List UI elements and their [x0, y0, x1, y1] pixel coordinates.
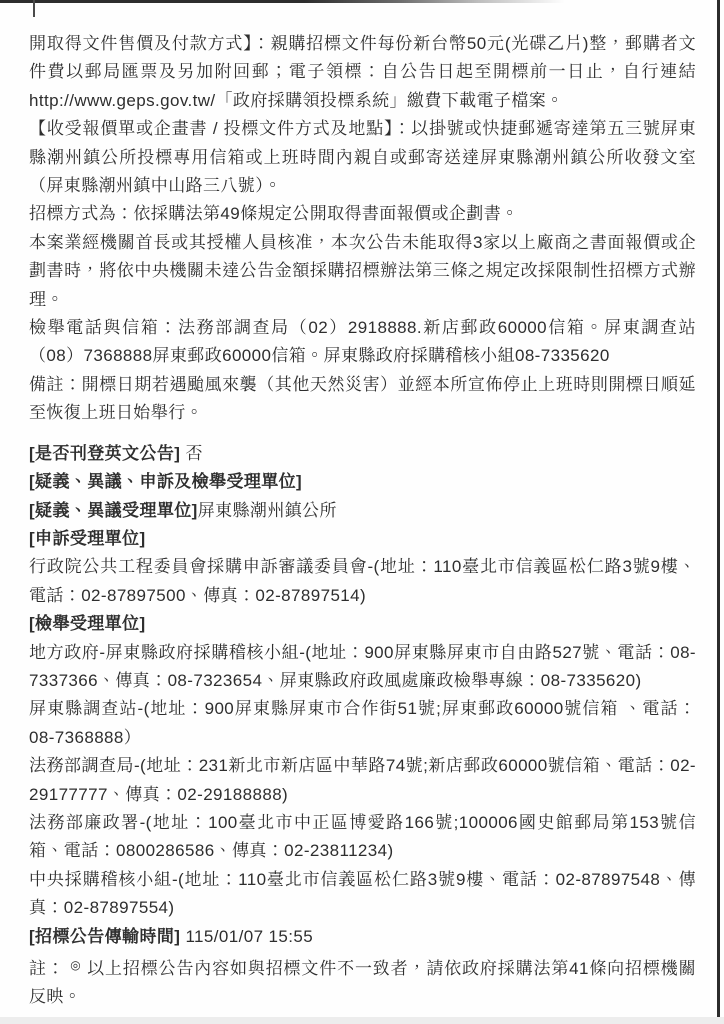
field-value: 否	[180, 444, 203, 463]
field-label: [申訴受理單位]	[29, 529, 146, 548]
paragraph: 【收受報價單或企畫書 / 投標文件方式及地點】：以掛號或快捷郵遞寄達第五三號屏東…	[29, 115, 696, 200]
field-label: [檢舉受理單位]	[29, 614, 146, 633]
labeled-line: [是否刊登英文公告] 否	[29, 440, 696, 468]
labeled-line: [疑義、異議、申訴及檢舉受理單位]	[29, 468, 696, 496]
labeled-line: [申訴受理單位]	[29, 525, 696, 553]
paragraph: 備註：開標日期若遇颱風來襲（其他天然災害）並經本所宣佈停止上班時則開標日順延至恢…	[29, 371, 696, 428]
paragraph: 招標方式為：依採購法第49條規定公開取得書面報價或企劃書。	[29, 200, 696, 228]
labeled-line: [招標公告傳輸時間] 115/01/07 15:55	[29, 923, 696, 951]
paragraph: 法務部廉政署-(地址：100臺北市中正區博愛路166號;100006國史館郵局第…	[29, 809, 696, 866]
footnote-text: 以上招標公告內容如與招標文件不一致者，請依政府採購法第41條向招標機關反映。	[29, 959, 696, 1006]
scanned-document-page: 開取得文件售價及付款方式】：親購招標文件每份新台幣50元(光碟乙片)整，郵購者文…	[0, 0, 724, 1024]
field-label: [疑義、異議受理單位]	[29, 501, 198, 520]
paragraph: 地方政府-屏東縣政府採購稽核小組-(地址：900屏東縣屏東市自由路527號、電話…	[29, 639, 696, 696]
document-text: 開取得文件售價及付款方式】：親購招標文件每份新台幣50元(光碟乙片)整，郵購者文…	[29, 30, 696, 1012]
field-value: 屏東縣潮州鎮公所	[198, 501, 337, 520]
paragraph: 中央採購稽核小組-(地址：110臺北市信義區松仁路3號9樓、電話：02-8789…	[29, 866, 696, 923]
reference-mark-icon: ◎	[70, 958, 81, 972]
paragraph: 屏東縣調查站-(地址：900屏東縣屏東市合作街51號;屏東郵政60000號信箱 …	[29, 695, 696, 752]
paragraph: 開取得文件售價及付款方式】：親購招標文件每份新台幣50元(光碟乙片)整，郵購者文…	[29, 30, 696, 115]
paragraph: 法務部調查局-(地址：231新北市新店區中華路74號;新店郵政60000號信箱、…	[29, 752, 696, 809]
paragraph: 本案業經機關首長或其授權人員核准，本次公告未能取得3家以上廠商之書面報價或企劃書…	[29, 229, 696, 314]
labeled-line: [檢舉受理單位]	[29, 610, 696, 638]
scan-artifact-bottom-strip	[0, 1017, 724, 1024]
scan-artifact-corner-tick	[33, 0, 35, 17]
field-label: [招標公告傳輸時間]	[29, 927, 180, 946]
procurement-announcement-body: 開取得文件售價及付款方式】：親購招標文件每份新台幣50元(光碟乙片)整，郵購者文…	[29, 30, 696, 428]
footnote: 註： ◎ 以上招標公告內容如與招標文件不一致者，請依政府採購法第41條向招標機關…	[29, 951, 696, 1012]
field-value: 115/01/07 15:55	[180, 927, 313, 946]
scan-artifact-right-edge	[717, 0, 720, 1024]
field-label: [是否刊登英文公告]	[29, 444, 180, 463]
field-label: [疑義、異議、申訴及檢舉受理單位]	[29, 472, 302, 491]
footnote-prefix: 註：	[29, 959, 65, 978]
scan-artifact-top-edge	[0, 0, 724, 3]
labeled-line: [疑義、異議受理單位]屏東縣潮州鎮公所	[29, 497, 696, 525]
paragraph: 檢舉電話與信箱：法務部調查局（02）2918888.新店郵政60000信箱。屏東…	[29, 314, 696, 371]
paragraph: 行政院公共工程委員會採購申訴審議委員會-(地址：110臺北市信義區松仁路3號9樓…	[29, 553, 696, 610]
announcement-labeled-fields: [是否刊登英文公告] 否[疑義、異議、申訴及檢舉受理單位][疑義、異議受理單位]…	[29, 440, 696, 951]
